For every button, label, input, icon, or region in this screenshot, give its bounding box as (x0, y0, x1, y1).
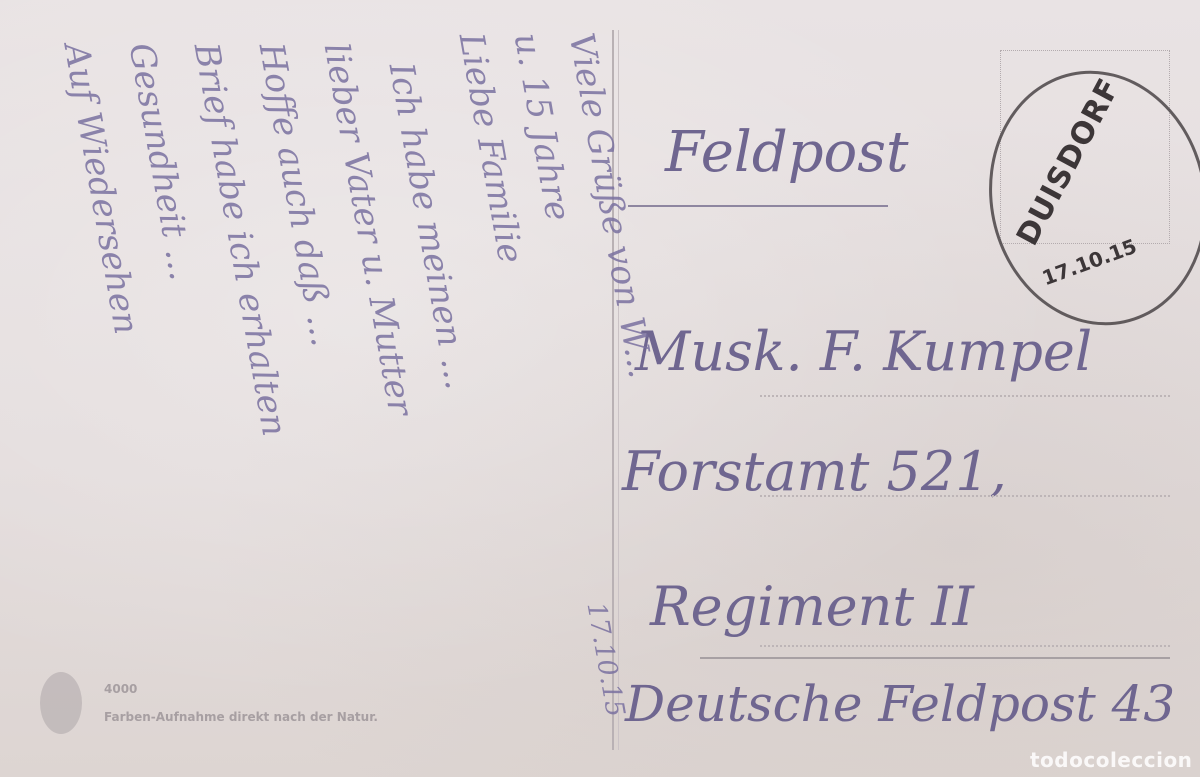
address-line-4: Deutsche Feldpost 43 (625, 675, 1175, 733)
address-line-1: Musk. F. Kumpel (635, 320, 1092, 383)
address-underline (700, 657, 1170, 659)
message-date: 17.10.15 (580, 600, 630, 719)
address-dotted-line (760, 395, 1170, 397)
feldpost-label: Feldpost (665, 120, 909, 185)
publisher-logo (40, 672, 82, 734)
address-line-2: Forstamt 521, (622, 440, 1007, 503)
postcard-back: DUISDORF 17.10.15 Feldpost Musk. F. Kump… (0, 0, 1200, 777)
address-line-3: Regiment II (650, 575, 974, 638)
address-dotted-line (760, 495, 1170, 497)
address-dotted-line (760, 645, 1170, 647)
watermark: todocoleccion (1030, 748, 1192, 772)
message-line: Gesundheit ... (121, 40, 202, 283)
printed-caption: Farben-Aufnahme direkt nach der Natur. (104, 710, 378, 724)
feldpost-underline (628, 205, 888, 207)
printed-number: 4000 (104, 682, 137, 696)
